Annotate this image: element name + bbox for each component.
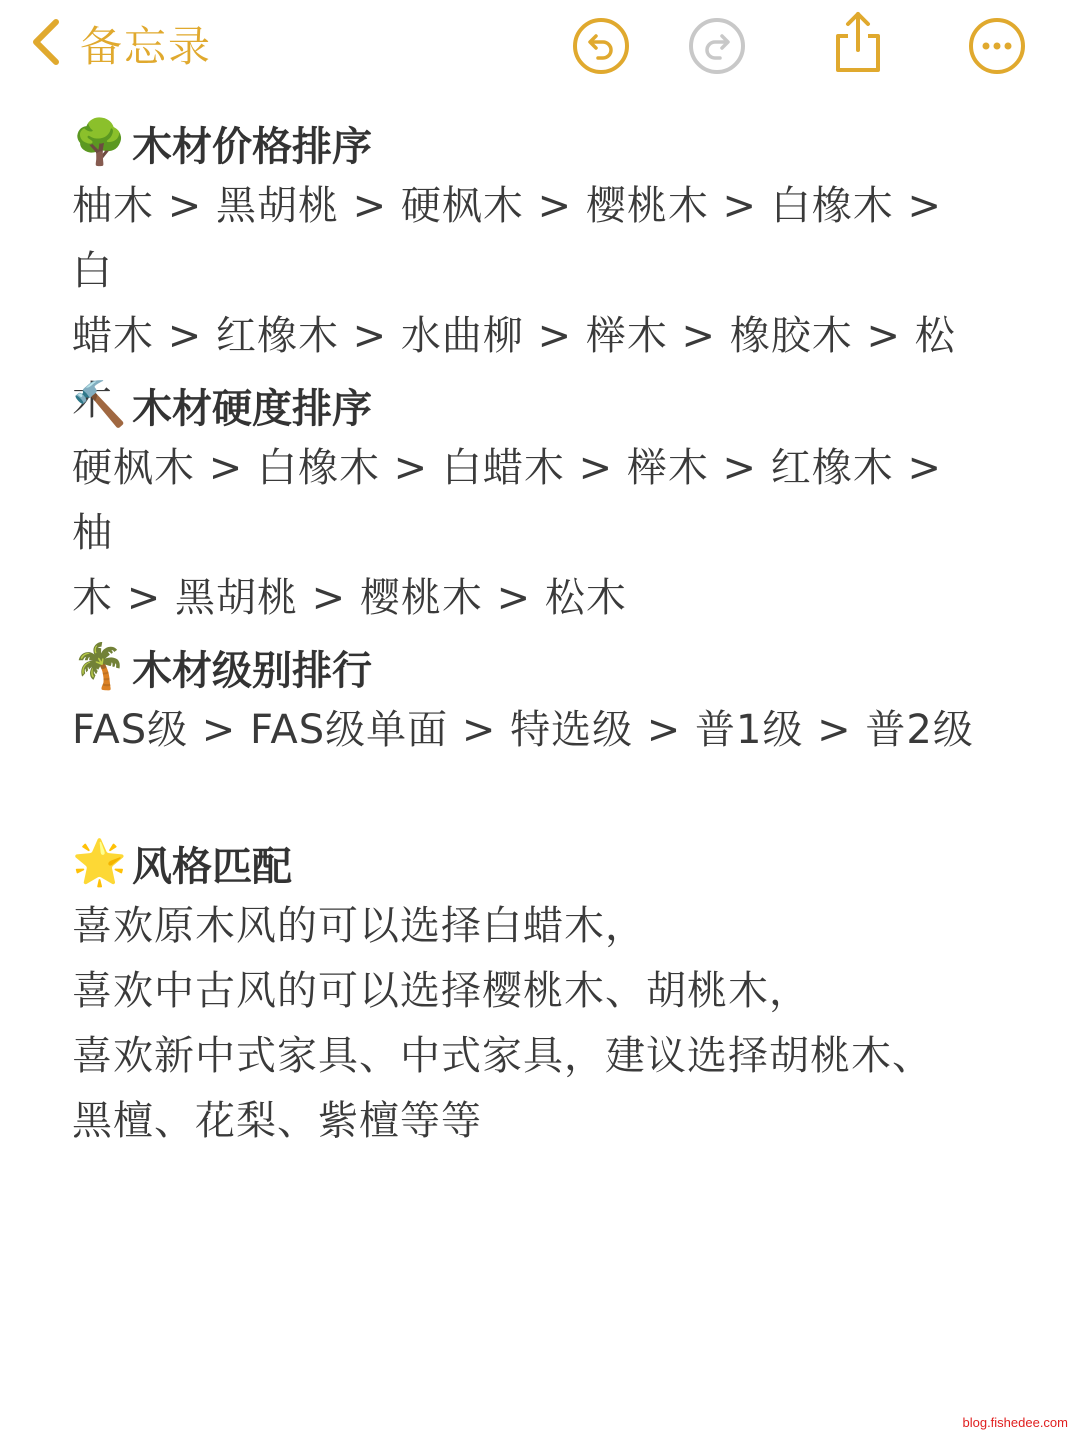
- section-heading: 🔨 木材硬度排序: [72, 374, 992, 436]
- section-line: 硬枫木 > 白橡木 > 白蜡木 > 榉木 > 红橡木 > 柚: [72, 436, 992, 566]
- back-label: 备忘录: [80, 14, 212, 74]
- undo-icon: [571, 16, 631, 76]
- redo-icon: [687, 16, 747, 76]
- star-icon: 🌟: [72, 841, 132, 885]
- chevron-left-icon: [28, 16, 64, 72]
- share-icon: [828, 10, 888, 76]
- section-line: 木 > 黑胡桃 > 樱桃木 > 松木: [72, 566, 992, 631]
- section-title: 木材价格排序: [132, 115, 372, 172]
- redo-button[interactable]: [687, 16, 747, 76]
- more-button[interactable]: [967, 16, 1027, 76]
- section-title: 木材级别排行: [132, 639, 372, 696]
- section-line: 黑檀、花梨、紫檀等等: [72, 1089, 992, 1154]
- section-line: 柚木 > 黑胡桃 > 硬枫木 > 樱桃木 > 白橡木 > 白: [72, 174, 992, 304]
- section-line: 喜欢中古风的可以选择樱桃木、胡桃木，: [72, 959, 992, 1024]
- section-title: 木材硬度排序: [132, 377, 372, 434]
- navigation-bar: 备忘录: [0, 0, 1080, 95]
- tree-icon: 🌳: [72, 121, 132, 165]
- back-button[interactable]: 备忘录: [28, 16, 212, 72]
- section-line: FAS级 > FAS级单面 > 特选级 > 普1级 > 普2级: [72, 698, 992, 763]
- section-line: 喜欢新中式家具、中式家具，建议选择胡桃木、: [72, 1024, 992, 1089]
- palm-tree-icon: 🌴: [72, 645, 132, 689]
- undo-button[interactable]: [571, 16, 631, 76]
- section-heading: 🌟 风格匹配: [72, 832, 992, 894]
- hammer-icon: 🔨: [72, 383, 132, 427]
- section-line: 喜欢原木风的可以选择白蜡木，: [72, 894, 992, 959]
- watermark: blog.fishedee.com: [962, 1415, 1068, 1430]
- section-heading: 🌴 木材级别排行: [72, 636, 992, 698]
- share-button[interactable]: [828, 10, 888, 76]
- more-icon: [967, 16, 1027, 76]
- section-hardness: 🔨 木材硬度排序 硬枫木 > 白橡木 > 白蜡木 > 榉木 > 红橡木 > 柚 …: [72, 374, 992, 631]
- section-title: 风格匹配: [132, 835, 292, 892]
- section-grade: 🌴 木材级别排行 FAS级 > FAS级单面 > 特选级 > 普1级 > 普2级: [72, 636, 992, 763]
- section-heading: 🌳 木材价格排序: [72, 112, 992, 174]
- section-style: 🌟 风格匹配 喜欢原木风的可以选择白蜡木， 喜欢中古风的可以选择樱桃木、胡桃木，…: [72, 832, 992, 1154]
